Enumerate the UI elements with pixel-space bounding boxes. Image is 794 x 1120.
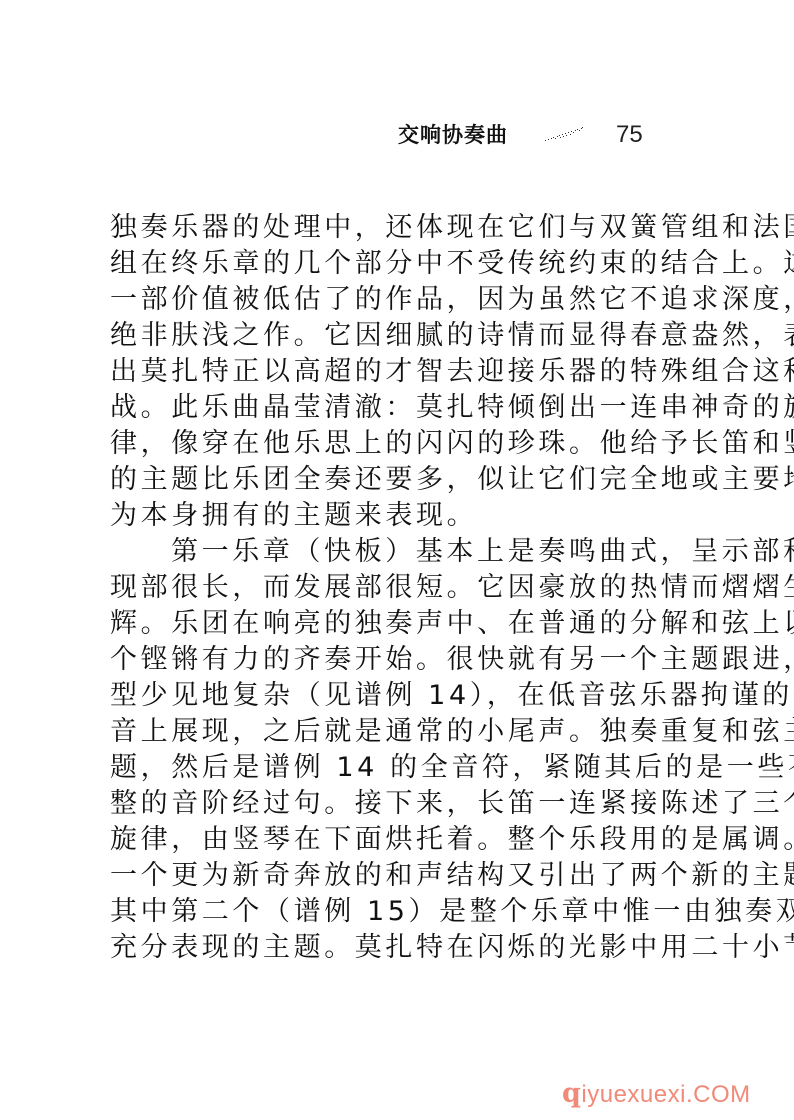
paragraph-2: 第一乐章（快板）基本上是奏鸣曲式，呈示部和再 现部很长，而发展部很短。它因豪放的… xyxy=(110,534,666,966)
text-line: 题，然后是谱例 14 的全音符，紧随其后的是一些不完 xyxy=(110,750,666,786)
text-line: 的主题比乐团全奏还要多，似让它们完全地或主要地作 xyxy=(110,462,666,498)
text-line: 音上展现，之后就是通常的小尾声。独奏重复和弦主 xyxy=(110,714,666,750)
watermark-text: iyuexuexi.COM xyxy=(581,1081,750,1108)
text-line: 一个更为新奇奔放的和声结构又引出了两个新的主题， xyxy=(110,858,666,894)
paragraph-1: 独奏乐器的处理中，还体现在它们与双簧管组和法国号 组在终乐章的几个部分中不受传统… xyxy=(110,210,666,534)
page-number: 75 xyxy=(616,120,643,150)
text-line: 充分表现的主题。莫扎特在闪烁的光影中用二十小节展 xyxy=(110,930,666,966)
text-line: 现部很长，而发展部很短。它因豪放的热情而熠熠生 xyxy=(110,570,666,606)
text-line: 整的音阶经过句。接下来，长笛一连紧接陈述了三个新 xyxy=(110,786,666,822)
running-header: 交响协奏曲 75 xyxy=(398,120,658,150)
text-line: 为本身拥有的主题来表现。 xyxy=(110,498,666,534)
text-line: 一部价值被低估了的作品，因为虽然它不追求深度，但 xyxy=(110,282,666,318)
header-title: 交响协奏曲 xyxy=(398,122,508,148)
text-line: 其中第二个（谱例 15）是整个乐章中惟一由独奏双方 xyxy=(110,894,666,930)
watermark: qiyuexuexi.COM xyxy=(562,1078,751,1109)
text-line: 绝非肤浅之作。它因细腻的诗情而显得春意盎然，表现 xyxy=(110,318,666,354)
text-line: 律，像穿在他乐思上的闪闪的珍珠。他给予长笛和竖琴 xyxy=(110,426,666,462)
diagonal-stipple-ornament-icon xyxy=(544,126,584,142)
text-line: 个铿锵有力的齐奏开始。很快就有另一个主题跟进，音 xyxy=(110,642,666,678)
text-line: 出莫扎特正以高超的才智去迎接乐器的特殊组合这种挑 xyxy=(110,354,666,390)
text-line: 组在终乐章的几个部分中不受传统约束的结合上。这是 xyxy=(110,246,666,282)
text-line-indented: 第一乐章（快板）基本上是奏鸣曲式，呈示部和再 xyxy=(110,534,666,570)
text-line: 旋律，由竖琴在下面烘托着。整个乐段用的是属调。但 xyxy=(110,822,666,858)
body-text: 独奏乐器的处理中，还体现在它们与双簧管组和法国号 组在终乐章的几个部分中不受传统… xyxy=(110,210,666,966)
text-line: 独奏乐器的处理中，还体现在它们与双簧管组和法国号 xyxy=(110,210,666,246)
text-line: 型少见地复杂（见谱例 14），在低音弦乐器拘谨的拨弦 xyxy=(110,678,666,714)
text-line: 战。此乐曲晶莹清澈：莫扎特倾倒出一连串神奇的旋 xyxy=(110,390,666,426)
text-line: 辉。乐团在响亮的独奏声中、在普通的分解和弦上以一 xyxy=(110,606,666,642)
watermark-logo-letter: q xyxy=(562,1078,581,1109)
